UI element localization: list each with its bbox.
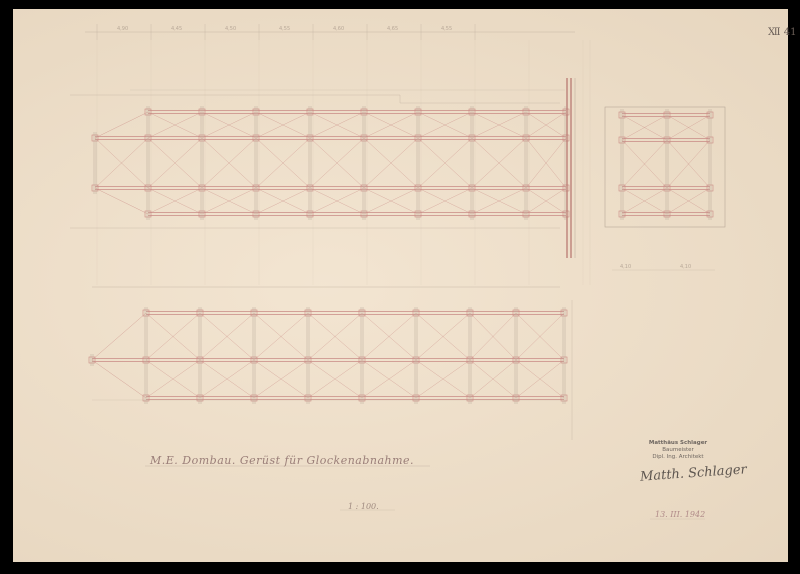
svg-text:4,50: 4,50 <box>225 26 236 32</box>
svg-text:4,45: 4,45 <box>171 26 182 32</box>
stamp-line-degree: Dipl. Ing. Architekt <box>638 454 718 461</box>
svg-text:4,55: 4,55 <box>279 26 290 32</box>
sheet-number: Ⅻ 41 <box>768 27 796 38</box>
svg-text:4,10: 4,10 <box>680 264 691 270</box>
svg-text:4,60: 4,60 <box>333 26 344 32</box>
drawing-title: M.E. Dombau. Gerüst für Glockenabnahme. <box>150 454 414 467</box>
stamp-line-title: Baumeister <box>638 447 718 454</box>
stamp-line-name: Matthäus Schlager <box>638 440 718 447</box>
drawing-scale: 1 : 100. <box>348 502 379 511</box>
scaffold-drawing: 4,904,454,504,554,604,654,554,104,10 <box>0 0 800 574</box>
svg-text:4,55: 4,55 <box>441 26 452 32</box>
architect-stamp: Matthäus Schlager Baumeister Dipl. Ing. … <box>638 440 718 461</box>
svg-text:4,90: 4,90 <box>117 26 128 32</box>
svg-text:4,65: 4,65 <box>387 26 398 32</box>
svg-text:4,10: 4,10 <box>620 264 631 270</box>
drawing-date: 13. III. 1942 <box>655 510 705 519</box>
